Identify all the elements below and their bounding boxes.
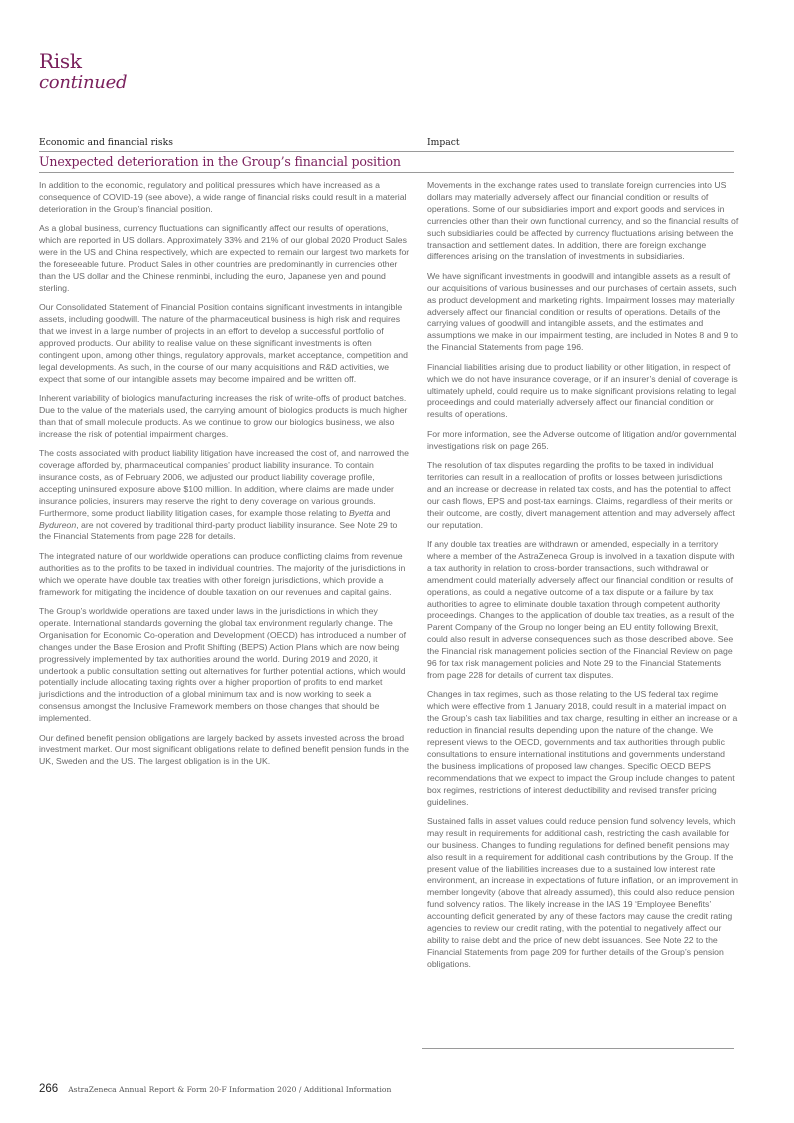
column-header-risks: Economic and financial risks [39, 137, 173, 148]
paragraph: In addition to the economic, regulatory … [39, 180, 411, 216]
page-header: Risk continued [39, 50, 127, 94]
paragraph: The resolution of tax disputes regarding… [427, 460, 739, 531]
impact-column: Movements in the exchange rates used to … [427, 180, 739, 978]
paragraph: Changes in tax regimes, such as those re… [427, 689, 739, 808]
footer-text: AstraZeneca Annual Report & Form 20-F In… [68, 1085, 391, 1094]
page-title: Risk [39, 50, 127, 72]
text-span: and [374, 508, 391, 518]
paragraph: Financial liabilities arising due to pro… [427, 362, 739, 422]
risk-title: Unexpected deterioration in the Group’s … [39, 154, 401, 169]
document-page: Risk continued Economic and financial ri… [0, 0, 794, 1123]
paragraph: Movements in the exchange rates used to … [427, 180, 739, 263]
paragraph: The Group’s worldwide operations are tax… [39, 606, 411, 725]
paragraph: Sustained falls in asset values could re… [427, 816, 739, 971]
paragraph: Inherent variability of biologics manufa… [39, 393, 411, 441]
paragraph: Our defined benefit pension obligations … [39, 733, 411, 769]
text-span: , are not covered by traditional third-p… [39, 520, 397, 542]
page-number: 266 [39, 1083, 58, 1095]
paragraph: As a global business, currency fluctuati… [39, 223, 411, 294]
page-subtitle: continued [39, 72, 127, 94]
risk-description-column: In addition to the economic, regulatory … [39, 180, 411, 776]
divider [422, 1048, 734, 1049]
product-name: Byetta [349, 508, 374, 518]
paragraph: If any double tax treaties are withdrawn… [427, 539, 739, 682]
paragraph: For more information, see the Adverse ou… [427, 429, 739, 453]
divider [39, 172, 734, 173]
paragraph: Our Consolidated Statement of Financial … [39, 302, 411, 385]
page-footer: 266 AstraZeneca Annual Report & Form 20-… [39, 1083, 391, 1095]
product-name: Bydureon [39, 520, 76, 530]
paragraph: The integrated nature of our worldwide o… [39, 551, 411, 599]
divider [39, 151, 734, 152]
column-header-impact: Impact [427, 137, 460, 148]
paragraph-product-liability: The costs associated with product liabil… [39, 448, 411, 543]
paragraph: We have significant investments in goodw… [427, 271, 739, 354]
